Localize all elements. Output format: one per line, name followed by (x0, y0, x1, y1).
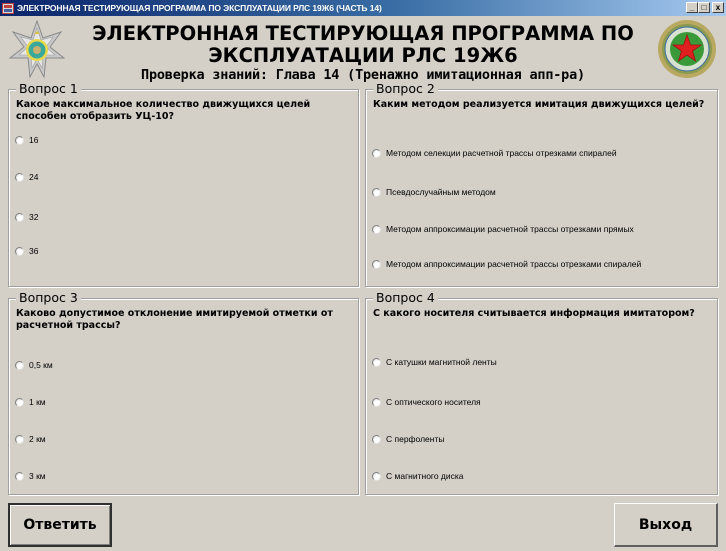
radio-button[interactable] (372, 188, 381, 197)
question-text: С какого носителя считывается информация… (373, 308, 711, 320)
option-label: 36 (29, 246, 38, 256)
answer-option[interactable]: 2 км (15, 434, 46, 444)
answer-option[interactable]: 24 (15, 172, 38, 182)
radio-button[interactable] (15, 472, 24, 481)
radio-button[interactable] (15, 247, 24, 256)
answer-option[interactable]: 3 км (15, 471, 46, 481)
radio-button[interactable] (15, 398, 24, 407)
question-legend: Вопрос 4 (373, 290, 438, 305)
question-legend: Вопрос 2 (373, 81, 438, 96)
red-star-wreath-icon (656, 18, 718, 80)
radio-button[interactable] (15, 213, 24, 222)
option-label: С перфоленты (386, 434, 444, 444)
answer-option[interactable]: 0,5 км (15, 360, 53, 370)
header-title-line2: ЭКСПЛУАТАЦИИ РЛС 19Ж6 (80, 44, 646, 67)
answer-option[interactable]: Методом селекции расчетной трассы отрезк… (372, 148, 617, 158)
answer-option[interactable]: 36 (15, 246, 38, 256)
question-text: Каково допустимое отклонение имитируемой… (16, 308, 352, 332)
question-legend: Вопрос 1 (16, 81, 81, 96)
question-group-4: Вопрос 4 С какого носителя считывается и… (365, 298, 718, 495)
answer-option[interactable]: Псевдослучайным методом (372, 187, 496, 197)
window-title: ЭЛЕКТРОННАЯ ТЕСТИРУЮЩАЯ ПРОГРАММА ПО ЭКС… (17, 3, 382, 13)
option-label: 32 (29, 212, 38, 222)
answer-option[interactable]: Методом аппроксимации расчетной трассы о… (372, 224, 634, 234)
maximize-button[interactable]: □ (698, 2, 710, 13)
answer-option[interactable]: Методом аппроксимации расчетной трассы о… (372, 259, 641, 269)
question-legend: Вопрос 3 (16, 290, 81, 305)
radio-button[interactable] (372, 149, 381, 158)
option-label: С катушки магнитной ленты (386, 357, 497, 367)
option-label: С магнитного диска (386, 471, 464, 481)
answer-button[interactable]: Ответить (8, 503, 112, 547)
option-label: С оптического носителя (386, 397, 481, 407)
header-title-line1: ЭЛЕКТРОННАЯ ТЕСТИРУЮЩАЯ ПРОГРАММА ПО (80, 22, 646, 45)
option-label: Методом аппроксимации расчетной трассы о… (386, 259, 641, 269)
answer-option[interactable]: 32 (15, 212, 38, 222)
question-group-1: Вопрос 1 Какое максимальное количество д… (8, 89, 359, 287)
header-subtitle: Проверка знаний: Глава 14 (Тренажно имит… (80, 67, 646, 83)
option-label: 0,5 км (29, 360, 53, 370)
window-controls: _ □ x (686, 2, 724, 13)
radio-button[interactable] (372, 435, 381, 444)
answer-option[interactable]: С катушки магнитной ленты (372, 357, 497, 367)
option-label: Псевдослучайным методом (386, 187, 496, 197)
question-text: Каким методом реализуется имитация движу… (373, 99, 711, 111)
close-button[interactable]: x (712, 2, 724, 13)
option-label: 3 км (29, 471, 46, 481)
radio-button[interactable] (15, 361, 24, 370)
answer-option[interactable]: 16 (15, 135, 38, 145)
radio-button[interactable] (372, 398, 381, 407)
exit-button[interactable]: Выход (614, 503, 718, 547)
answer-option[interactable]: С перфоленты (372, 434, 444, 444)
radio-button[interactable] (372, 225, 381, 234)
option-label: 16 (29, 135, 38, 145)
radio-button[interactable] (15, 435, 24, 444)
question-text: Какое максимальное количество движущихся… (16, 99, 352, 123)
radio-button[interactable] (372, 260, 381, 269)
title-bar[interactable]: ЭЛЕКТРОННАЯ ТЕСТИРУЮЩАЯ ПРОГРАММА ПО ЭКС… (0, 0, 726, 16)
radio-button[interactable] (15, 173, 24, 182)
question-group-3: Вопрос 3 Каково допустимое отклонение им… (8, 298, 359, 495)
option-label: 2 км (29, 434, 46, 444)
answer-option[interactable]: 1 км (15, 397, 46, 407)
radio-button[interactable] (372, 472, 381, 481)
option-label: 24 (29, 172, 38, 182)
star-emblem-icon (8, 20, 66, 80)
option-label: 1 км (29, 397, 46, 407)
radio-button[interactable] (15, 136, 24, 145)
answer-option[interactable]: С оптического носителя (372, 397, 481, 407)
option-label: Методом аппроксимации расчетной трассы о… (386, 224, 634, 234)
answer-option[interactable]: С магнитного диска (372, 471, 464, 481)
minimize-button[interactable]: _ (686, 2, 698, 13)
question-group-2: Вопрос 2 Каким методом реализуется имита… (365, 89, 718, 287)
option-label: Методом селекции расчетной трассы отрезк… (386, 148, 617, 158)
radio-button[interactable] (372, 358, 381, 367)
app-icon[interactable] (2, 3, 14, 14)
